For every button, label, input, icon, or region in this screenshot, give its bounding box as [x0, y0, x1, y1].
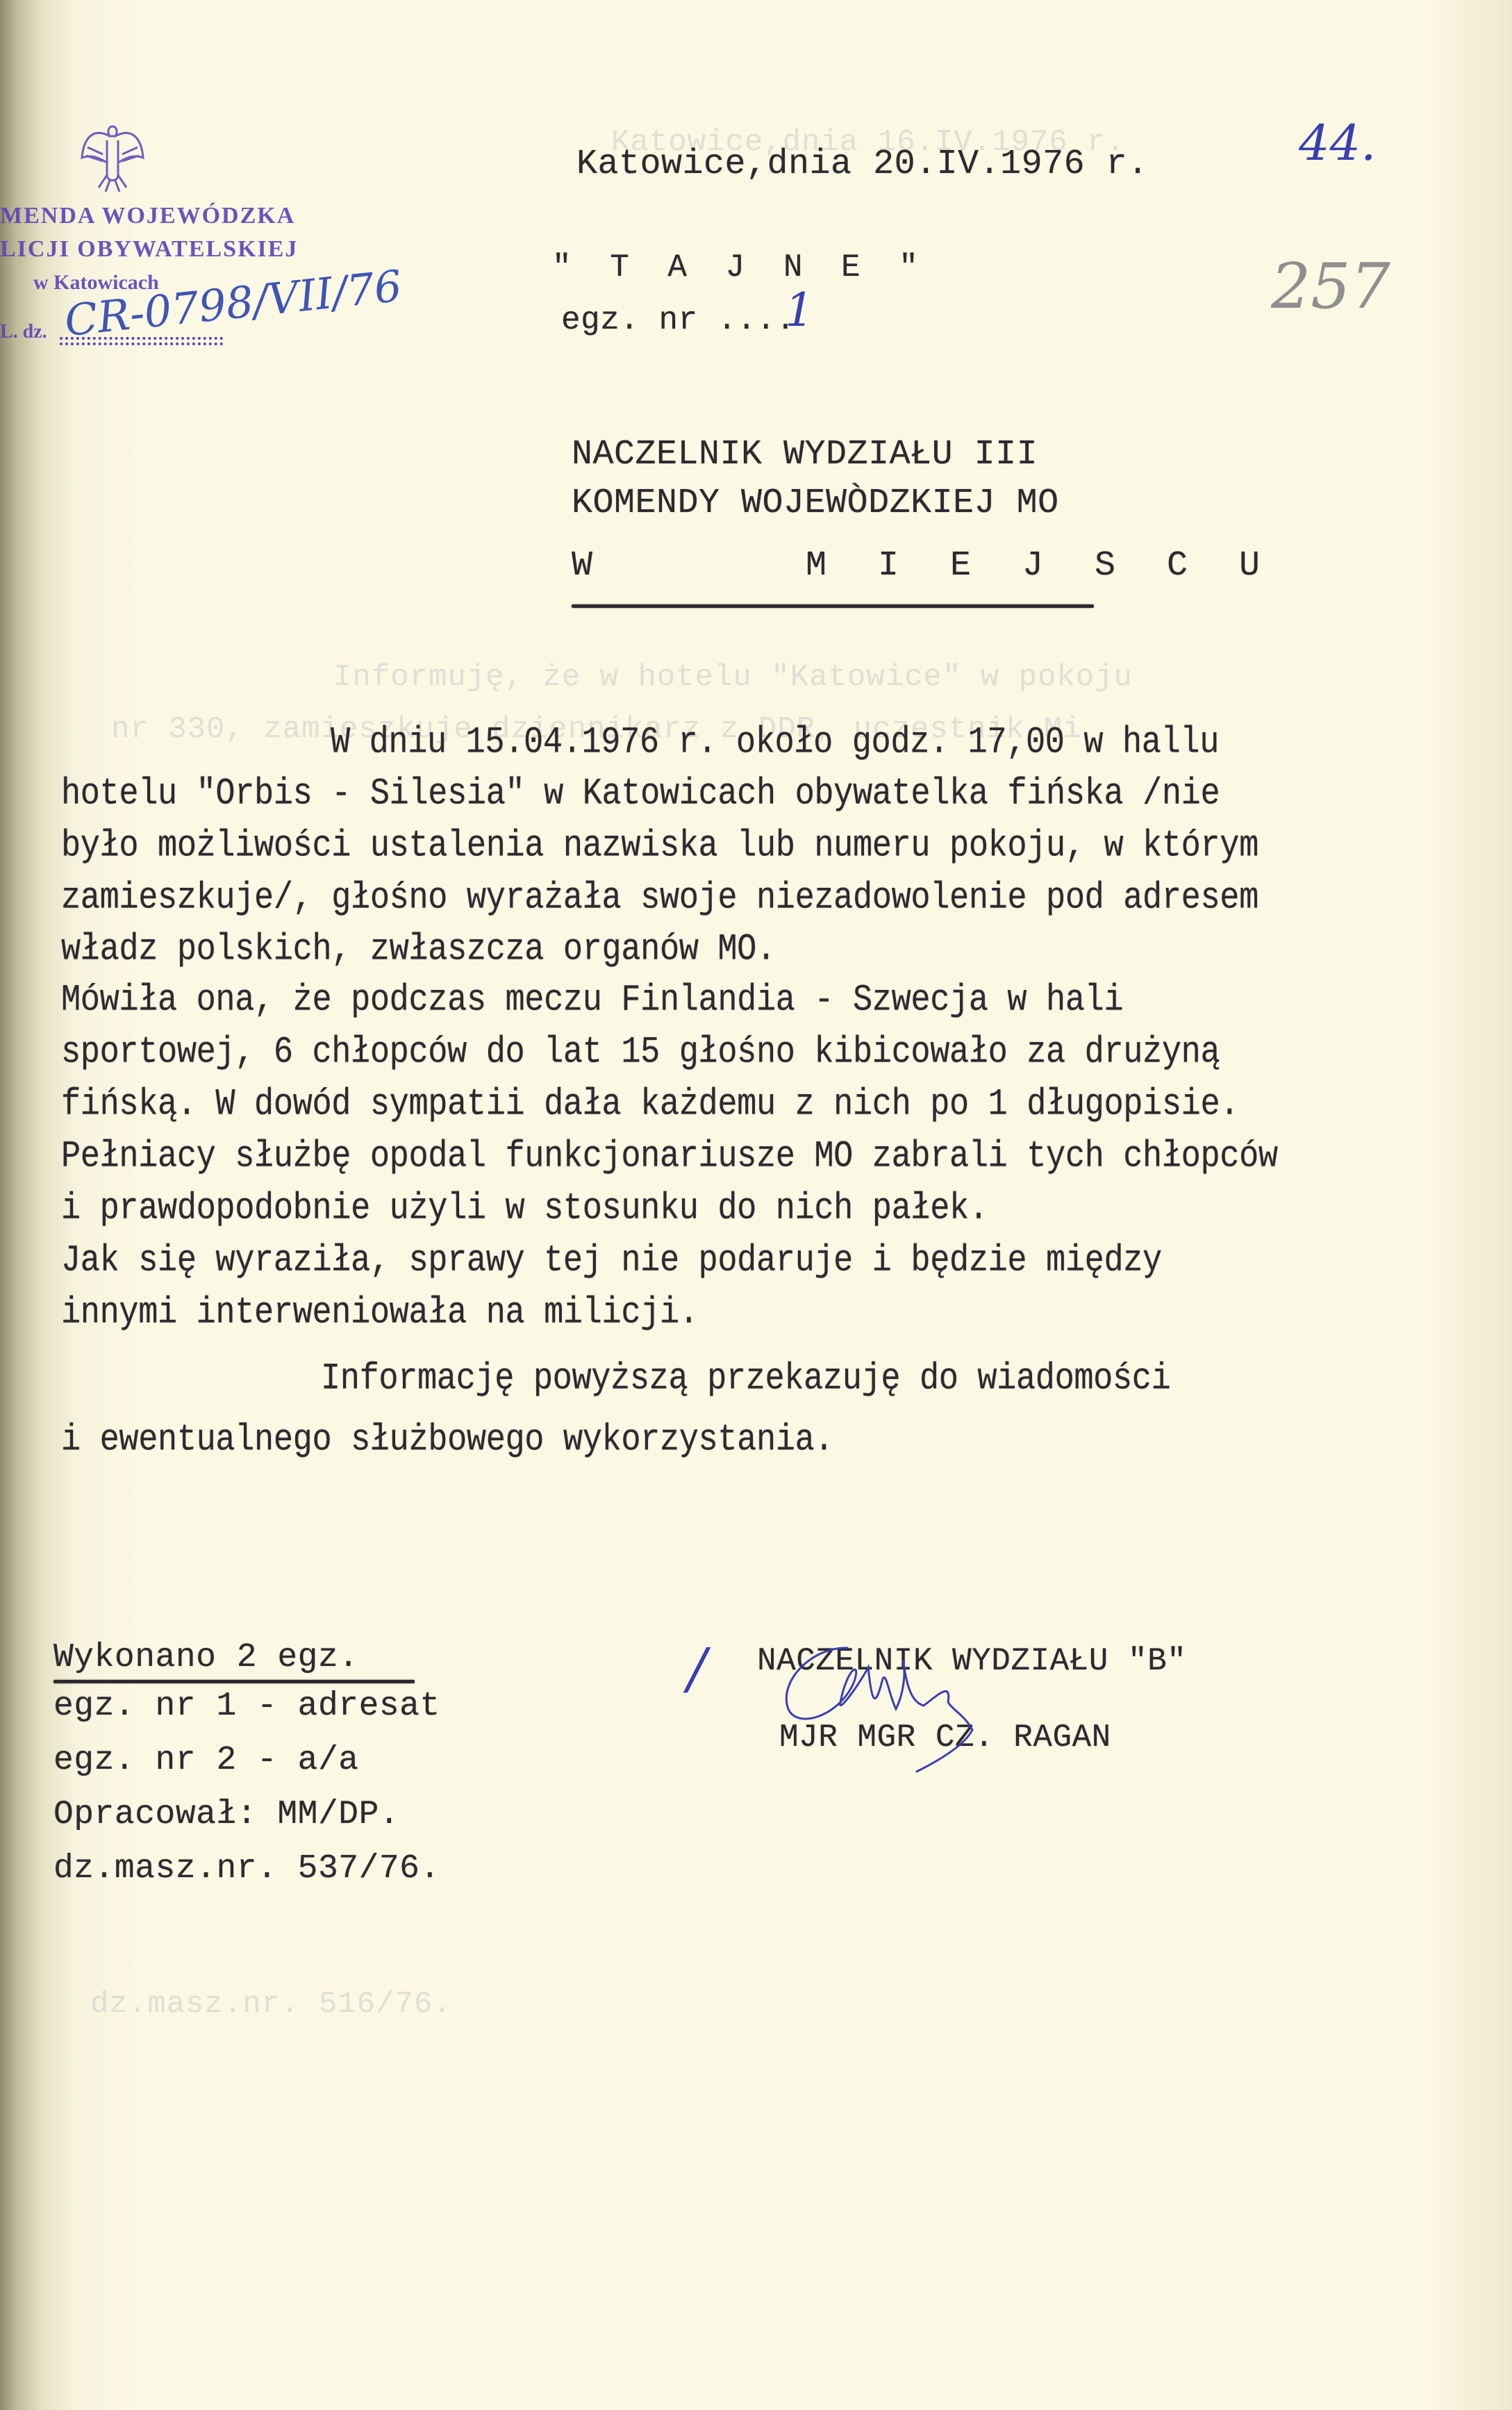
stamp-line-1: MENDA WOJEWÓDZKA [0, 203, 295, 229]
body-line: i ewentualnego służbowego wykorzystania. [61, 1421, 833, 1459]
body-line: Jak się wyraziła, sprawy tej nie podaruj… [61, 1242, 1162, 1280]
handwritten-page-number: 44. [1299, 115, 1376, 172]
copy-2-recipient: egz. nr 2 - a/a [53, 1744, 359, 1777]
body-line: fińską. W dowód sympatii dała każdemu z … [61, 1086, 1239, 1123]
body-line: hotelu "Orbis - Silesia" w Katowicach ob… [61, 775, 1220, 813]
stamp-line-2: LICJI OBYWATELSKIEJ [0, 236, 298, 263]
copy-number-label: egz. nr .... [561, 304, 795, 336]
copies-made-underline [53, 1680, 415, 1683]
slash-mark: / [688, 1636, 706, 1701]
bleed-through-text: dz.masz.nr. 516/76. [90, 1987, 452, 2022]
prepared-by: Opracował: MM/DP. [53, 1798, 399, 1831]
body-line: W dniu 15.04.1976 r. około godz. 17,00 w… [331, 724, 1219, 761]
pencil-archive-number: 257 [1271, 250, 1390, 323]
body-line: zamieszkuje/, głośno wyrażała swoje niez… [61, 880, 1258, 917]
copies-made: Wykonano 2 egz. [53, 1641, 359, 1674]
body-line: sportowej, 6 chłopców do lat 15 głośno k… [61, 1034, 1220, 1071]
place-and-date: Katowice,dnia 20.IV.1976 r. [576, 147, 1149, 182]
addressee-line-1: NACZELNIK WYDZIAŁU III [572, 438, 1038, 472]
bleed-through-text: Informuję, że w hotelu "Katowice" w poko… [333, 660, 1133, 695]
addressee-line-3-right: M I E J S C U [806, 549, 1275, 584]
body-line: Pełniacy służbę opodal funkcjonariusze M… [61, 1138, 1278, 1175]
body-line: było możliwości ustalenia nazwiska lub n… [61, 827, 1258, 865]
addressee-line-3-left: W [572, 549, 593, 584]
body-line: Mówiła ona, że podczas meczu Finlandia -… [61, 982, 1123, 1019]
addressee-underline [572, 604, 1094, 608]
typist-reference: dz.masz.nr. 537/76. [53, 1852, 440, 1885]
handwritten-signature-icon [764, 1640, 986, 1806]
copy-1-recipient: egz. nr 1 - adresat [53, 1690, 440, 1723]
body-line: innymi interweniowała na milicji. [61, 1294, 699, 1332]
body-line: Informację powyższą przekazuję do wiadom… [321, 1360, 1170, 1398]
classification-secret: " T A J N E " [552, 251, 928, 283]
stamp-ref-label: L. dz. [0, 321, 47, 343]
body-line: władz polskich, zwłaszcza organów MO. [61, 931, 776, 968]
handwritten-copy-number: 1 [785, 283, 814, 337]
eagle-emblem-icon [78, 119, 147, 196]
body-line: i prawdopodobnie użyli w stosunku do nic… [61, 1190, 988, 1228]
addressee-line-2: KOMENDY WOJEWÒDZKIEJ MO [572, 486, 1059, 521]
